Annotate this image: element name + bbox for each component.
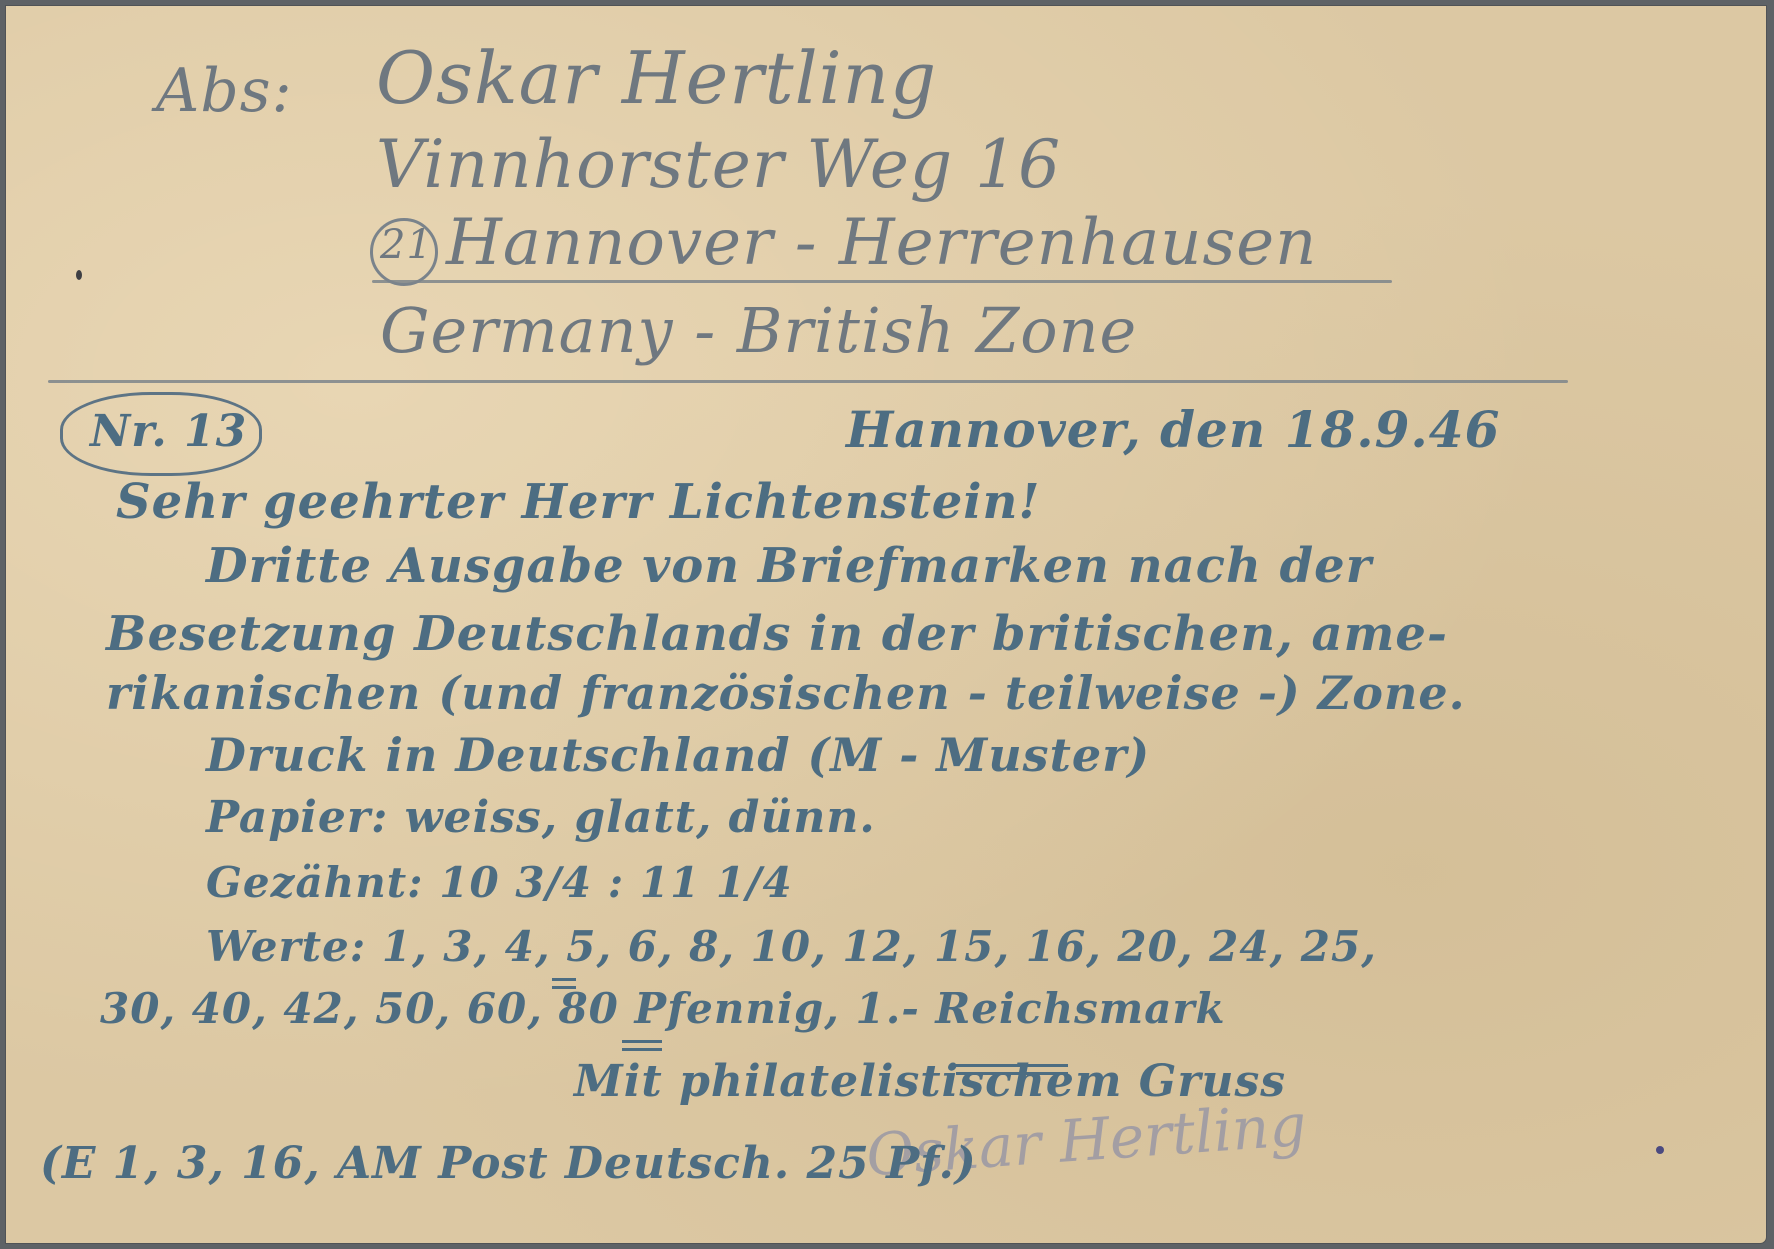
underline-8 [552, 978, 576, 989]
letter-line: Besetzung Deutschlands in der britischen… [106, 606, 1448, 662]
letter-line: Dritte Ausgabe von Briefmarken nach der [206, 538, 1372, 594]
ink-speck [1656, 1146, 1664, 1154]
salutation: Sehr geehrter Herr Lichtenstein! [116, 474, 1040, 530]
place-date: Hannover, den 18.9.46 [846, 400, 1500, 459]
footnote: (E 1, 3, 16, AM Post Deutsch. 25 Pf.) [40, 1138, 977, 1189]
letter-line: Gezähnt: 10 3/4 : 11 1/4 [206, 858, 793, 907]
underline-80 [622, 1040, 662, 1051]
message-divider [48, 380, 1568, 383]
letter-line: Druck in Deutschland (M - Muster) [206, 728, 1150, 782]
sender-city: Hannover - Herrenhausen [446, 206, 1317, 280]
postcard: Abs: Oskar Hertling Vinnhorster Weg 16 2… [6, 6, 1766, 1243]
letter-line: 30, 40, 42, 50, 60, 80 Pfennig, 1.- Reic… [100, 984, 1226, 1033]
address-divider [372, 280, 1392, 283]
sender-label: Abs: [156, 56, 293, 126]
sender-name: Oskar Hertling [376, 36, 937, 120]
letter-line: Papier: weiss, glatt, dünn. [206, 792, 876, 843]
sender-country-line: Germany - British Zone [380, 294, 1137, 367]
sender-street: Vinnhorster Weg 16 [376, 126, 1061, 203]
letter-line: Werte: 1, 3, 4, 5, 6, 8, 10, 12, 15, 16,… [206, 922, 1377, 971]
paper-speck [76, 270, 82, 280]
letter-line: rikanischen (und französischen - teilwei… [106, 666, 1466, 720]
reference-number: Nr. 13 [90, 406, 247, 457]
postal-district: 21 [380, 222, 433, 268]
